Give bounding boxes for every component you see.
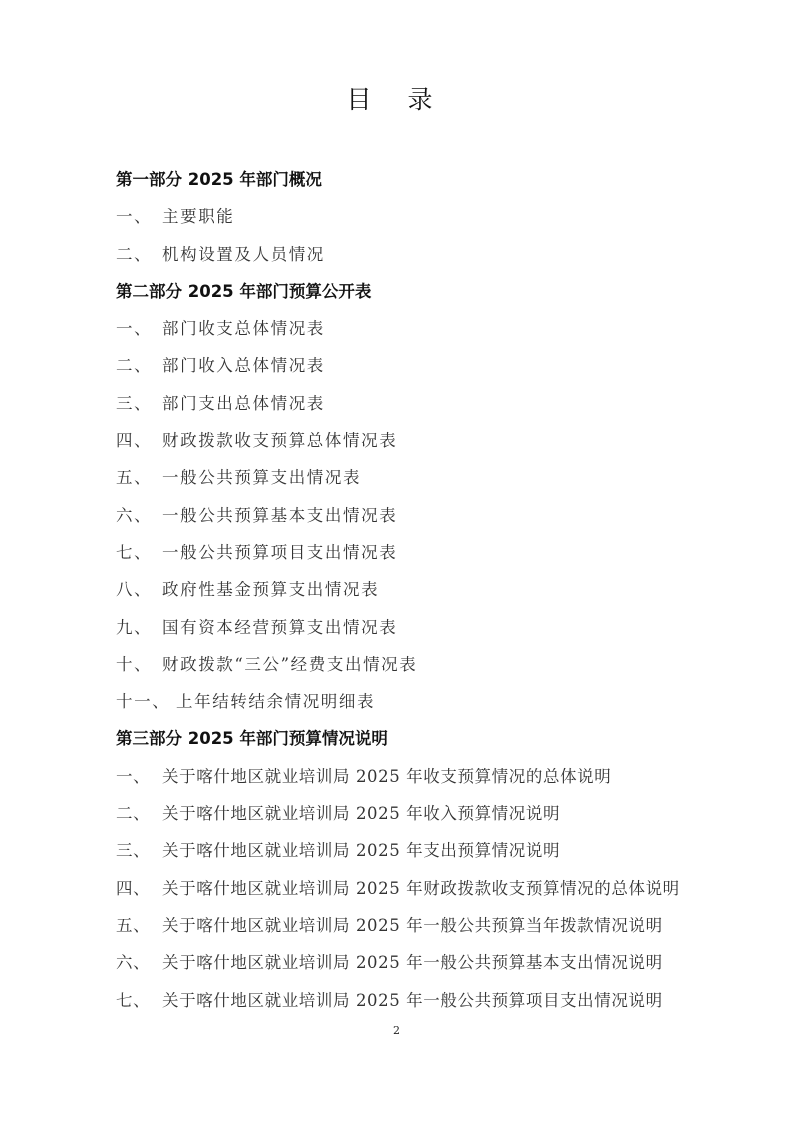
toc-entry-text: 关于喀什地区就业培训局 2025 年支出预算情况说明 <box>162 841 560 860</box>
toc-entry[interactable]: 七、一般公共预算项目支出情况表 <box>116 539 736 576</box>
toc-entry-number: 十一、 <box>116 688 176 716</box>
toc-entry-text: 财政拨款“三公”经费支出情况表 <box>162 655 417 674</box>
toc-entry-text: 关于喀什地区就业培训局 2025 年收入预算情况说明 <box>162 804 560 823</box>
toc-entry[interactable]: 五、关于喀什地区就业培训局 2025 年一般公共预算当年拨款情况说明 <box>116 912 736 949</box>
toc-entry-number: 六、 <box>116 949 162 977</box>
toc-entry[interactable]: 四、关于喀什地区就业培训局 2025 年财政拨款收支预算情况的总体说明 <box>116 875 736 912</box>
toc-entry-text: 部门收入总体情况表 <box>162 356 325 375</box>
toc-entry[interactable]: 二、关于喀什地区就业培训局 2025 年收入预算情况说明 <box>116 800 736 837</box>
toc-entry-text: 部门支出总体情况表 <box>162 394 325 413</box>
toc-entry-number: 六、 <box>116 502 162 530</box>
toc-entry-number: 四、 <box>116 427 162 455</box>
toc-entry-text: 一般公共预算基本支出情况表 <box>162 506 397 525</box>
toc-entry[interactable]: 一、关于喀什地区就业培训局 2025 年收支预算情况的总体说明 <box>116 763 736 800</box>
toc-entry-text: 部门收支总体情况表 <box>162 319 325 338</box>
toc-entry-text: 关于喀什地区就业培训局 2025 年收支预算情况的总体说明 <box>162 767 611 786</box>
toc-entry[interactable]: 六、一般公共预算基本支出情况表 <box>116 502 736 539</box>
toc-entry[interactable]: 六、关于喀什地区就业培训局 2025 年一般公共预算基本支出情况说明 <box>116 949 736 986</box>
toc-entry[interactable]: 七、关于喀什地区就业培训局 2025 年一般公共预算项目支出情况说明 <box>116 987 736 1024</box>
toc-entry-number: 三、 <box>116 837 162 865</box>
toc-entry-text: 上年结转结余情况明细表 <box>176 692 375 711</box>
table-of-contents: 第一部分 2025 年部门概况 一、主要职能 二、机构设置及人员情况 第二部分 … <box>116 166 736 1024</box>
toc-entry-number: 十、 <box>116 651 162 679</box>
toc-entry[interactable]: 十、财政拨款“三公”经费支出情况表 <box>116 651 736 688</box>
toc-entry[interactable]: 一、部门收支总体情况表 <box>116 315 736 352</box>
toc-part-3-heading[interactable]: 第三部分 2025 年部门预算情况说明 <box>116 725 736 762</box>
toc-entry-number: 四、 <box>116 875 162 903</box>
toc-entry-text: 财政拨款收支预算总体情况表 <box>162 431 397 450</box>
toc-entry-text: 一般公共预算项目支出情况表 <box>162 543 397 562</box>
toc-entry-number: 二、 <box>116 800 162 828</box>
toc-entry-number: 五、 <box>116 912 162 940</box>
toc-entry[interactable]: 十一、上年结转结余情况明细表 <box>116 688 736 725</box>
toc-entry-text: 主要职能 <box>162 207 234 226</box>
page-title: 目 录 <box>0 80 793 116</box>
toc-entry-text: 关于喀什地区就业培训局 2025 年一般公共预算基本支出情况说明 <box>162 953 663 972</box>
toc-entry-number: 八、 <box>116 576 162 604</box>
toc-entry-number: 五、 <box>116 464 162 492</box>
toc-entry-number: 七、 <box>116 539 162 567</box>
toc-entry-number: 三、 <box>116 390 162 418</box>
toc-entry-text: 国有资本经营预算支出情况表 <box>162 618 397 637</box>
toc-entry[interactable]: 二、部门收入总体情况表 <box>116 352 736 389</box>
toc-entry[interactable]: 三、部门支出总体情况表 <box>116 390 736 427</box>
toc-entry[interactable]: 一、主要职能 <box>116 203 736 240</box>
toc-part-1-heading[interactable]: 第一部分 2025 年部门概况 <box>116 166 736 203</box>
toc-entry-number: 二、 <box>116 241 162 269</box>
toc-entry[interactable]: 八、政府性基金预算支出情况表 <box>116 576 736 613</box>
toc-entry-number: 一、 <box>116 763 162 791</box>
toc-entry[interactable]: 九、国有资本经营预算支出情况表 <box>116 614 736 651</box>
toc-part-2-heading[interactable]: 第二部分 2025 年部门预算公开表 <box>116 278 736 315</box>
toc-entry-number: 一、 <box>116 203 162 231</box>
toc-entry[interactable]: 五、一般公共预算支出情况表 <box>116 464 736 501</box>
toc-entry[interactable]: 三、关于喀什地区就业培训局 2025 年支出预算情况说明 <box>116 837 736 874</box>
toc-entry-number: 七、 <box>116 987 162 1015</box>
toc-entry-text: 关于喀什地区就业培训局 2025 年财政拨款收支预算情况的总体说明 <box>162 879 680 898</box>
toc-entry-text: 机构设置及人员情况 <box>162 245 325 264</box>
toc-entry-number: 一、 <box>116 315 162 343</box>
page-number: 2 <box>0 1024 793 1037</box>
toc-entry-text: 关于喀什地区就业培训局 2025 年一般公共预算当年拨款情况说明 <box>162 916 663 935</box>
toc-entry[interactable]: 四、财政拨款收支预算总体情况表 <box>116 427 736 464</box>
toc-entry-text: 一般公共预算支出情况表 <box>162 468 361 487</box>
toc-entry-number: 二、 <box>116 352 162 380</box>
toc-entry-text: 关于喀什地区就业培训局 2025 年一般公共预算项目支出情况说明 <box>162 991 663 1010</box>
toc-entry-number: 九、 <box>116 614 162 642</box>
toc-entry-text: 政府性基金预算支出情况表 <box>162 580 379 599</box>
toc-entry[interactable]: 二、机构设置及人员情况 <box>116 241 736 278</box>
